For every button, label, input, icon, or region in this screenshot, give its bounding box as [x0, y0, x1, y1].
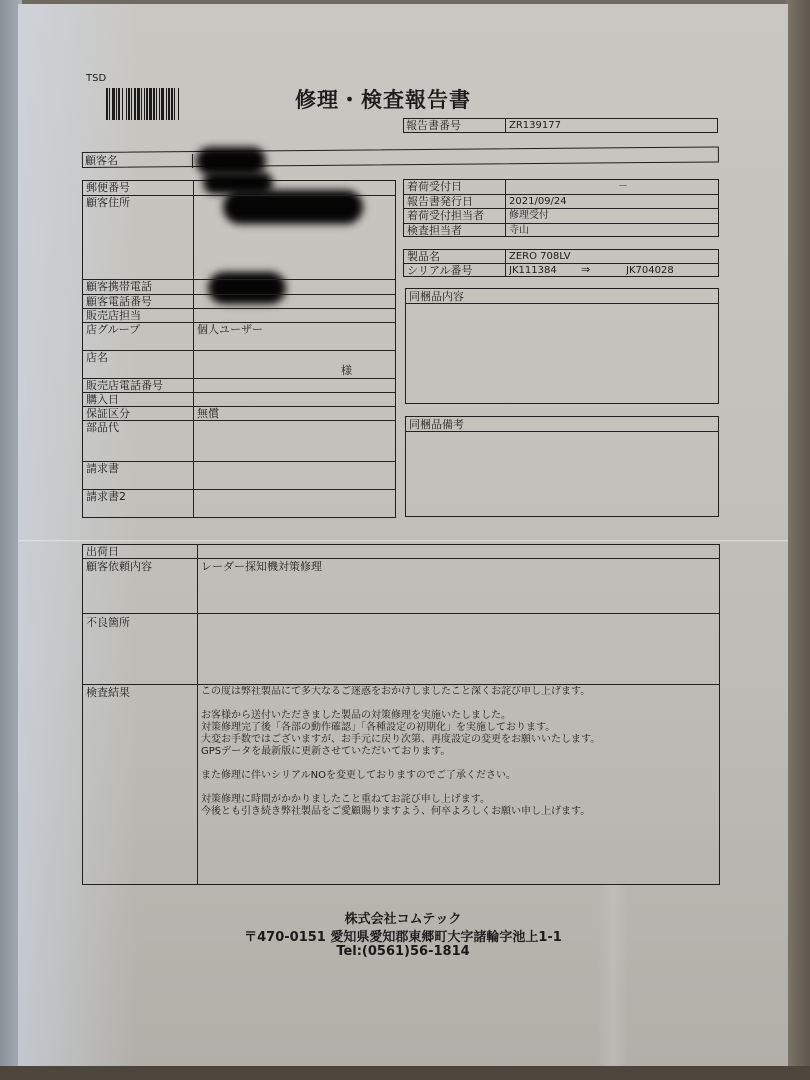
receipt-info-value: 修理受付 [509, 209, 549, 222]
document-title: 修理・検査報告書 [295, 84, 471, 114]
customer-info-label: 請求書2 [86, 490, 126, 503]
product-name-value: ZERO 708LV [509, 250, 571, 263]
company-phone: Tel:(0561)56-1814 [18, 944, 788, 959]
customer-name-label: 顧客名 [85, 154, 118, 167]
company-address: 〒470-0151 愛知県愛知郡東郷町大字諸輪字池上1-1 [18, 926, 788, 945]
bundled-items-label: 同梱品内容 [409, 290, 464, 303]
customer-info-label: 店名 [86, 351, 108, 364]
product-name-label: 製品名 [407, 250, 440, 263]
customer-info-label: 店グループ [86, 323, 140, 336]
customer-info-label: 請求書 [86, 462, 119, 475]
receipt-info-label: 検査担当者 [407, 224, 462, 237]
result-label: 検査結果 [86, 686, 130, 699]
receipt-info-label: 着荷受付担当者 [407, 209, 484, 222]
report-number-label: 報告書番号 [406, 119, 461, 132]
bundled-items-box [405, 288, 719, 404]
redaction-mark [208, 272, 286, 304]
customer-name-box [82, 146, 719, 168]
report-paper: TSD 修理・検査報告書 報告書番号 ZR139177 顧客名 製品名 ZERO… [18, 4, 788, 1066]
report-number-value: ZR139177 [509, 119, 561, 132]
customer-info-label: 販売店担当 [86, 309, 141, 322]
serial-number-old: JK111384 [509, 264, 557, 277]
customer-info-value: 無償 [197, 407, 219, 420]
customer-info-value: 個人ユーザー [197, 323, 263, 336]
customer-info-table [82, 180, 396, 518]
serial-arrow-icon: ⇒ [581, 263, 590, 276]
customer-info-label: 購入日 [86, 393, 119, 406]
receipt-info-value: － [618, 180, 628, 193]
customer-info-label: 郵便番号 [86, 181, 130, 194]
honorific-suffix: 様 [341, 364, 352, 377]
receipt-info-value: 寺山 [509, 224, 529, 237]
barcode [106, 88, 222, 120]
customer-info-label: 部品代 [86, 421, 119, 434]
paper-fold [18, 540, 788, 543]
document-code: TSD [86, 73, 106, 84]
redaction-mark [196, 147, 266, 175]
serial-number-label: シリアル番号 [407, 264, 473, 277]
request-label: 顧客依頼内容 [86, 560, 152, 573]
background-bottom [0, 1066, 810, 1080]
defect-label: 不良箇所 [86, 616, 130, 629]
serial-number-new: JK704028 [626, 264, 674, 277]
customer-info-label: 販売店電話番号 [86, 379, 163, 392]
customer-info-label: 保証区分 [86, 407, 130, 420]
result-text: この度は弊社製品にて多大なるご迷惑をおかけしましたこと深くお詫び申し上げます。 … [201, 686, 600, 818]
background-right [786, 0, 810, 1080]
customer-info-label: 顧客電話番号 [86, 295, 152, 308]
ship-date-label: 出荷日 [86, 545, 119, 558]
company-name: 株式会社コムテック [18, 908, 788, 927]
customer-info-label: 顧客住所 [86, 196, 130, 209]
bundled-notes-label: 同梱品備考 [409, 418, 464, 431]
customer-info-label: 顧客携帯電話 [86, 280, 152, 293]
receipt-info-value: 2021/09/24 [509, 195, 567, 208]
receipt-info-label: 報告書発行日 [407, 195, 473, 208]
request-value: レーダー探知機対策修理 [201, 560, 322, 573]
receipt-info-label: 着荷受付日 [407, 180, 462, 193]
